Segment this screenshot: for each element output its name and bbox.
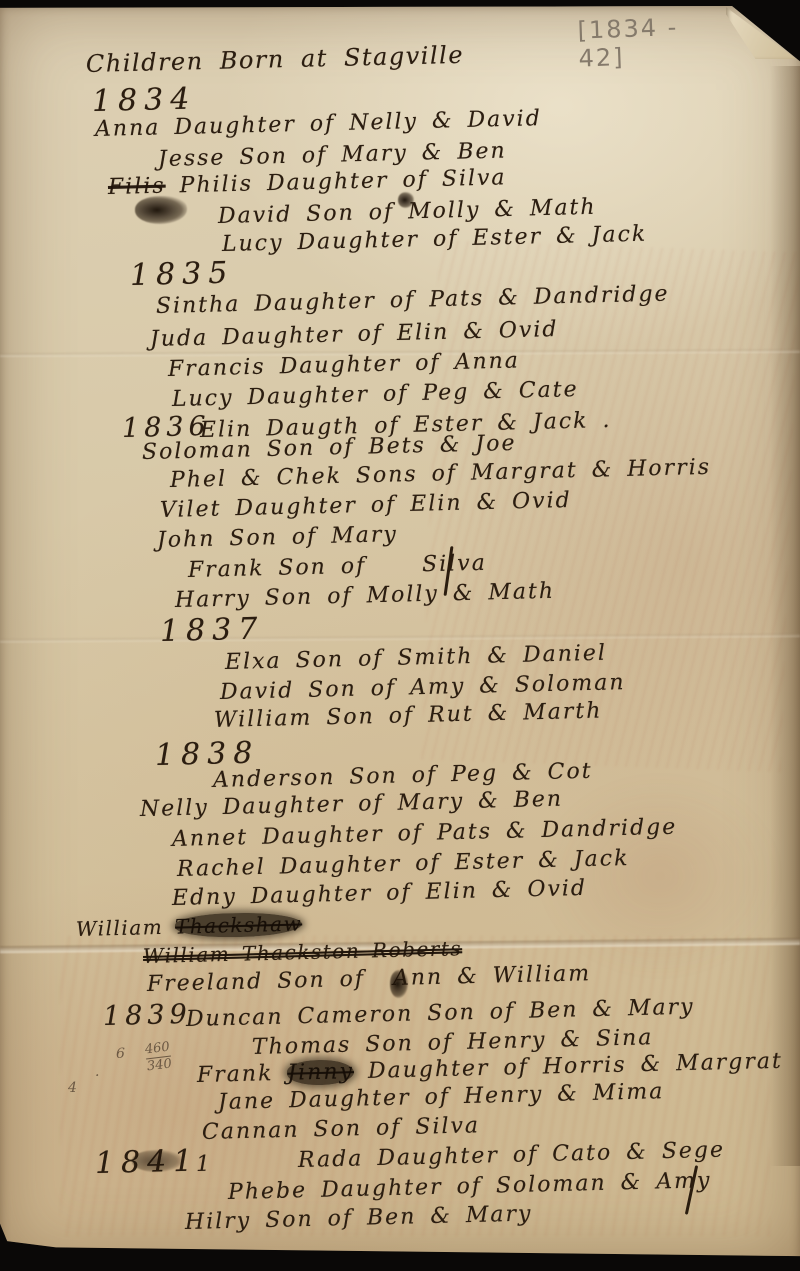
pencil-mark: .: [95, 1064, 99, 1080]
pencil-mark: 6: [116, 1046, 125, 1062]
ink-blot: [398, 192, 414, 208]
manuscript-marks: 6.4: [0, 0, 800, 1271]
ink-blot: [132, 1150, 182, 1172]
photo-backdrop: [1834 - 42] 460 340 Children Born at Sta…: [0, 0, 800, 1271]
ink-stroke: [685, 1165, 698, 1215]
ink-blot: [390, 970, 408, 998]
ink-stroke: [444, 546, 454, 596]
pencil-mark: 4: [68, 1080, 77, 1096]
ink-blot: [135, 196, 187, 224]
